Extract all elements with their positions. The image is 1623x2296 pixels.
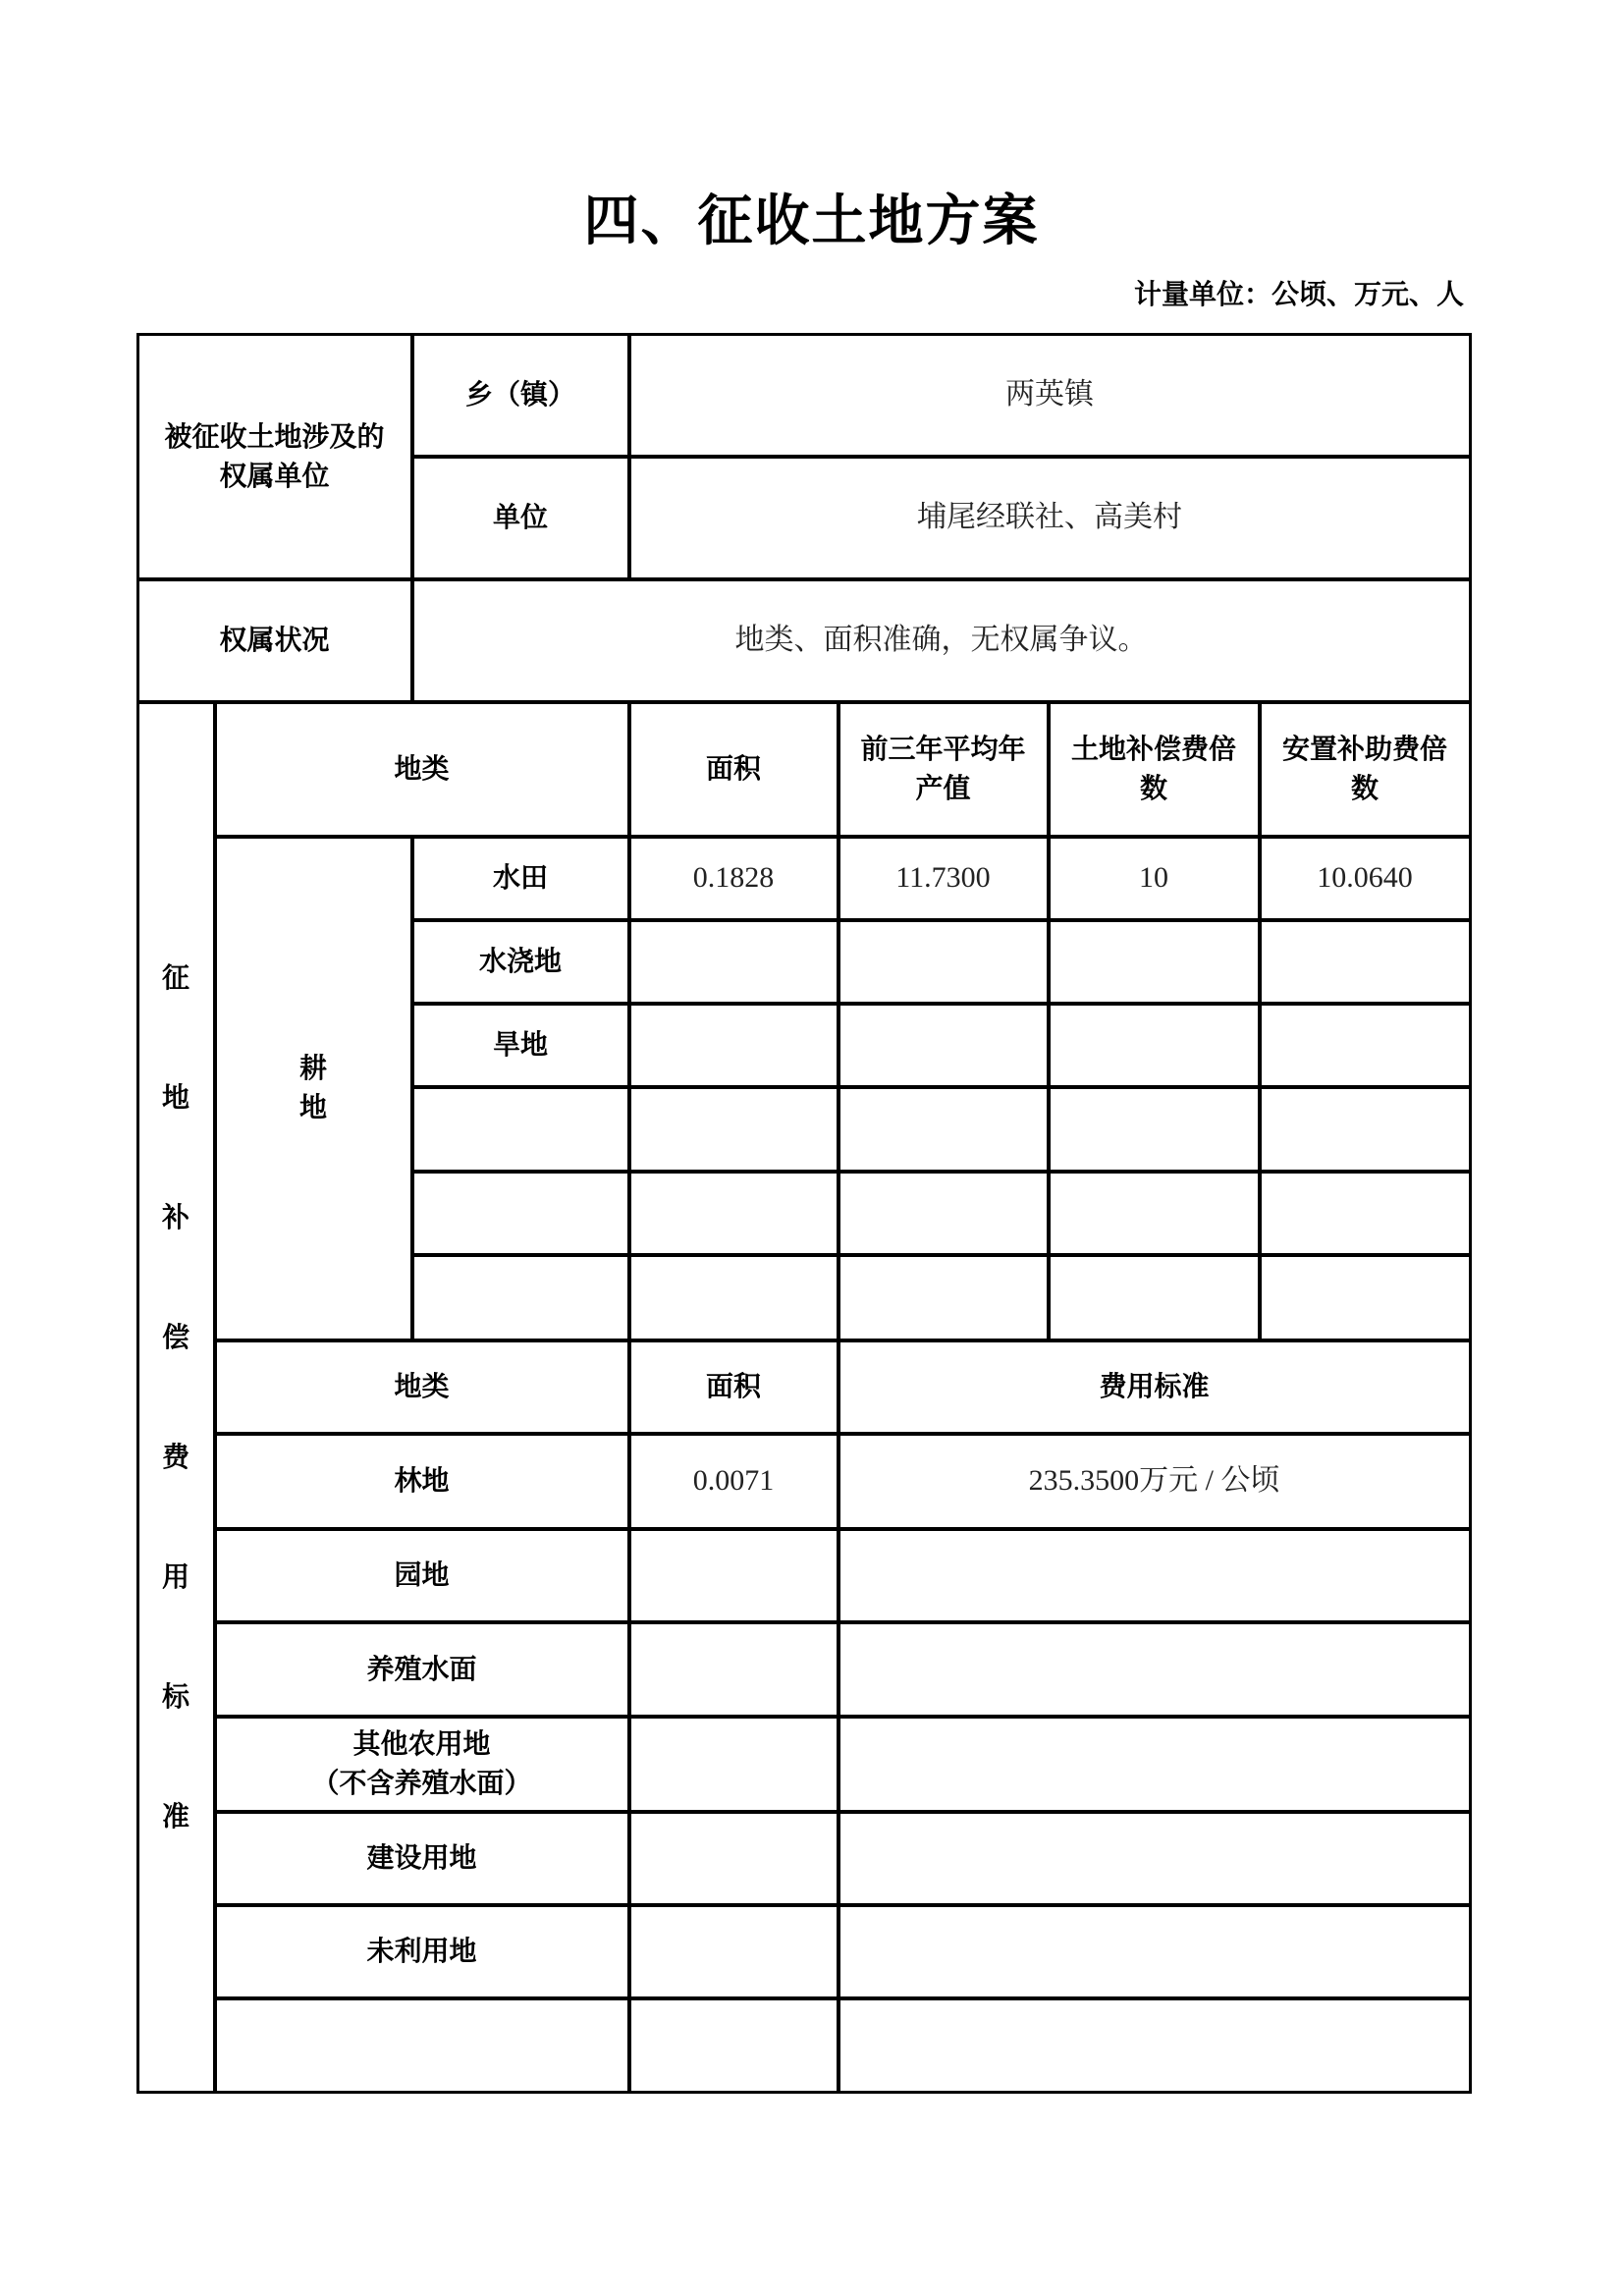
other-row-area bbox=[628, 1716, 839, 1813]
farmland-row-resettle bbox=[1259, 1086, 1472, 1173]
compensation-standard-side-label: 征 地 补 偿 费 用 标 准 bbox=[136, 701, 216, 2094]
other-row-area bbox=[628, 1621, 839, 1718]
farmland-row-avg-output bbox=[838, 1003, 1050, 1088]
farmland-row-avg-output bbox=[838, 919, 1050, 1005]
side-char: 准 bbox=[162, 1797, 189, 1836]
ownership-status-value-cell: 地类、面积准确，无权属争议。 bbox=[411, 578, 1472, 703]
cell-text: 11.7300 bbox=[895, 858, 990, 898]
cell-text: 养殖水面 bbox=[366, 1650, 476, 1689]
header-text: 地类 bbox=[394, 1367, 449, 1406]
farmland-header-avg-output: 前三年平均年 产值 bbox=[838, 701, 1050, 838]
cell-text: 235.3500万元 / 公顷 bbox=[1029, 1461, 1280, 1501]
cell-text: 10.0640 bbox=[1317, 858, 1413, 898]
farmland-row-land-comp bbox=[1048, 1086, 1261, 1173]
ownership-status-label-cell: 权属状况 bbox=[136, 578, 413, 703]
other-row-type: 养殖水面 bbox=[214, 1621, 630, 1718]
header-text: 前三年平均年 bbox=[860, 730, 1025, 769]
side-char: 标 bbox=[162, 1677, 189, 1717]
cell-text: 0.0071 bbox=[693, 1461, 775, 1501]
header-text: 数 bbox=[1140, 769, 1167, 808]
land-acquisition-table: 被征收土地涉及的 权属单位 乡（镇） 两英镇 单位 埔尾经联社、高美村 权属状况… bbox=[0, 0, 1623, 2296]
farmland-row-land-comp: 10 bbox=[1048, 836, 1261, 921]
other-row-type: 园地 bbox=[214, 1528, 630, 1623]
other-header-standard: 费用标准 bbox=[838, 1339, 1472, 1435]
cell-text: 0.1828 bbox=[693, 858, 775, 898]
farmland-row-type bbox=[411, 1171, 630, 1256]
other-row-type: 其他农用地 （不含养殖水面） bbox=[214, 1716, 630, 1813]
other-row-area: 0.0071 bbox=[628, 1433, 839, 1530]
ownership-unit-label-cell: 被征收土地涉及的 权属单位 bbox=[136, 333, 413, 580]
cell-text: 10 bbox=[1139, 858, 1168, 898]
farmland-row-area bbox=[628, 919, 839, 1005]
ownership-status-value: 地类、面积准确，无权属争议。 bbox=[735, 621, 1148, 660]
farmland-row-area bbox=[628, 1003, 839, 1088]
side-char: 费 bbox=[162, 1438, 189, 1477]
other-row-standard bbox=[838, 1621, 1472, 1718]
farmland-row-resettle bbox=[1259, 1171, 1472, 1256]
other-row-standard bbox=[838, 1716, 1472, 1813]
other-header-land-type: 地类 bbox=[214, 1339, 630, 1435]
other-row-standard bbox=[838, 1528, 1472, 1623]
ownership-status-label: 权属状况 bbox=[219, 621, 329, 660]
unit-label: 单位 bbox=[493, 498, 548, 537]
header-text: 面积 bbox=[706, 1367, 761, 1406]
township-label-cell: 乡（镇） bbox=[411, 333, 630, 458]
cell-text: （不含养殖水面） bbox=[311, 1764, 531, 1803]
farmland-row-avg-output bbox=[838, 1254, 1050, 1341]
farmland-row-type bbox=[411, 1086, 630, 1173]
other-row-area bbox=[628, 1528, 839, 1623]
farmland-row-land-comp bbox=[1048, 1003, 1261, 1088]
farmland-row-area bbox=[628, 1254, 839, 1341]
other-row-area bbox=[628, 1904, 839, 1999]
farmland-header-resettle-multiple: 安置补助费倍 数 bbox=[1259, 701, 1472, 838]
other-row-area bbox=[628, 1811, 839, 1906]
farmland-row-area bbox=[628, 1086, 839, 1173]
other-header-area: 面积 bbox=[628, 1339, 839, 1435]
other-row-type: 建设用地 bbox=[214, 1811, 630, 1906]
township-label: 乡（镇） bbox=[465, 375, 575, 414]
cell-text: 旱地 bbox=[493, 1025, 548, 1065]
side-char: 征 bbox=[162, 958, 189, 998]
header-text: 安置补助费倍 bbox=[1282, 730, 1447, 769]
cell-text: 林地 bbox=[394, 1461, 449, 1501]
farmland-row-avg-output bbox=[838, 1171, 1050, 1256]
group-char: 地 bbox=[299, 1088, 327, 1127]
other-row-area bbox=[628, 1997, 839, 2094]
farmland-row-type bbox=[411, 1254, 630, 1341]
farmland-row-land-comp bbox=[1048, 1254, 1261, 1341]
farmland-row-type: 水浇地 bbox=[411, 919, 630, 1005]
township-value-cell: 两英镇 bbox=[628, 333, 1472, 458]
farmland-row-avg-output bbox=[838, 1086, 1050, 1173]
side-char: 用 bbox=[162, 1558, 189, 1597]
group-char: 耕 bbox=[299, 1049, 327, 1088]
farmland-row-area: 0.1828 bbox=[628, 836, 839, 921]
header-text: 产值 bbox=[915, 769, 970, 808]
cell-text: 园地 bbox=[394, 1556, 449, 1595]
township-value: 两英镇 bbox=[1005, 375, 1094, 414]
farmland-row-land-comp bbox=[1048, 1171, 1261, 1256]
cell-text: 其他农用地 bbox=[352, 1724, 490, 1764]
farmland-row-avg-output: 11.7300 bbox=[838, 836, 1050, 921]
header-text: 土地补偿费倍 bbox=[1071, 730, 1236, 769]
cell-text: 水浇地 bbox=[479, 942, 562, 981]
farmland-row-type: 水田 bbox=[411, 836, 630, 921]
ownership-label-line1: 被征收土地涉及的 bbox=[164, 417, 384, 457]
side-char: 偿 bbox=[162, 1318, 189, 1357]
unit-value: 埔尾经联社、高美村 bbox=[917, 498, 1182, 537]
unit-value-cell: 埔尾经联社、高美村 bbox=[628, 456, 1472, 580]
ownership-label-line2: 权属单位 bbox=[219, 457, 329, 496]
header-text: 面积 bbox=[706, 749, 761, 789]
other-row-type bbox=[214, 1997, 630, 2094]
header-text: 费用标准 bbox=[1099, 1367, 1209, 1406]
side-char: 地 bbox=[162, 1078, 189, 1118]
other-row-type: 未利用地 bbox=[214, 1904, 630, 1999]
farmland-header-land-type: 地类 bbox=[214, 701, 630, 838]
farmland-group-label: 耕 地 bbox=[214, 836, 413, 1341]
header-text: 地类 bbox=[394, 749, 449, 789]
side-char: 补 bbox=[162, 1198, 189, 1237]
farmland-header-land-comp-multiple: 土地补偿费倍 数 bbox=[1048, 701, 1261, 838]
farmland-row-type: 旱地 bbox=[411, 1003, 630, 1088]
other-row-standard bbox=[838, 1904, 1472, 1999]
cell-text: 水田 bbox=[493, 858, 548, 898]
other-row-standard bbox=[838, 1997, 1472, 2094]
farmland-row-area bbox=[628, 1171, 839, 1256]
cell-text: 未利用地 bbox=[366, 1932, 476, 1971]
header-text: 数 bbox=[1351, 769, 1379, 808]
other-row-standard bbox=[838, 1811, 1472, 1906]
farmland-row-resettle bbox=[1259, 1003, 1472, 1088]
cell-text: 建设用地 bbox=[366, 1838, 476, 1878]
farmland-row-resettle bbox=[1259, 919, 1472, 1005]
other-row-standard: 235.3500万元 / 公顷 bbox=[838, 1433, 1472, 1530]
farmland-row-resettle bbox=[1259, 1254, 1472, 1341]
farmland-header-area: 面积 bbox=[628, 701, 839, 838]
other-row-type: 林地 bbox=[214, 1433, 630, 1530]
farmland-row-land-comp bbox=[1048, 919, 1261, 1005]
unit-label-cell: 单位 bbox=[411, 456, 630, 580]
farmland-row-resettle: 10.0640 bbox=[1259, 836, 1472, 921]
